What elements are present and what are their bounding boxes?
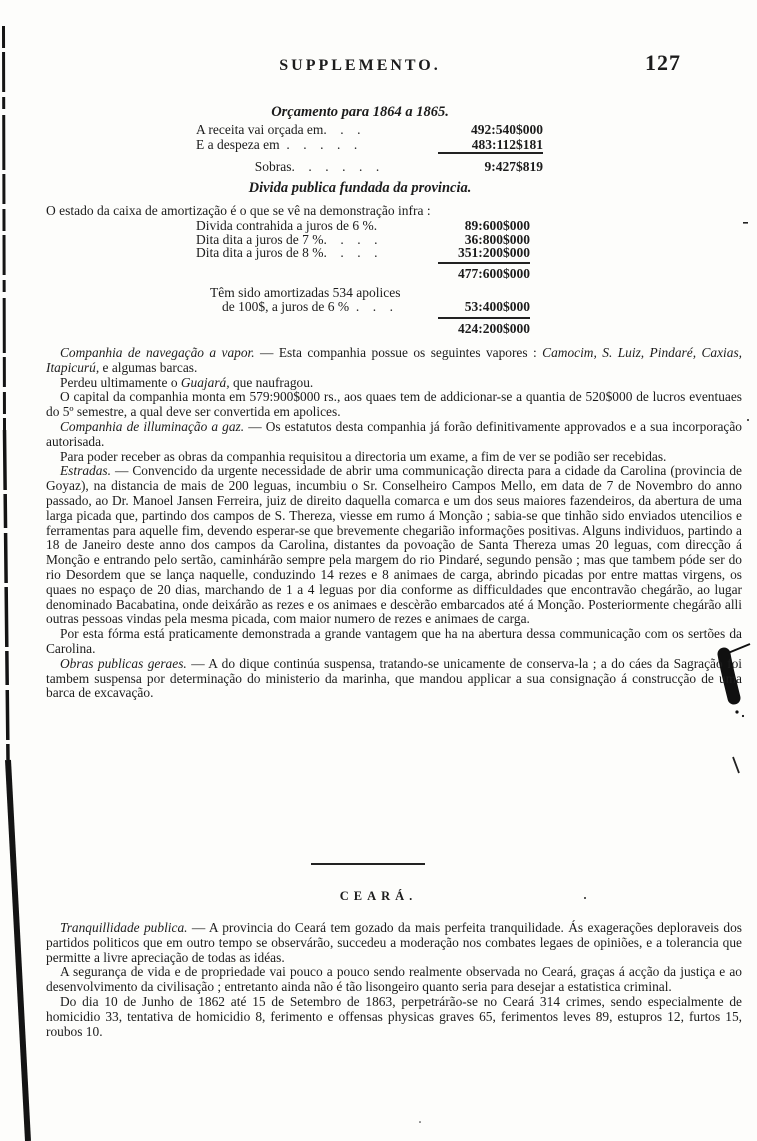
amortized-note: Têm sido amortizadas 534 apolices de 100… — [196, 286, 530, 313]
debt-intro-line: O estado da caixa de amortização é o que… — [46, 203, 431, 219]
debt-section-title: Divida publica fundada da provincia. — [150, 180, 570, 197]
paragraph: Perdeu ultimamente o Guajará, que naufra… — [46, 376, 742, 391]
ceara-section-header: CEARÁ. — [0, 889, 757, 904]
debt-value: 351:200$000 — [438, 246, 530, 260]
debt-total-value: 424:200$000 — [438, 317, 530, 336]
budget-label: Sobras. . . . . . — [196, 159, 438, 174]
maranhao-body: Companhia de navegação a vapor. — Esta c… — [46, 346, 742, 701]
debt-row: Divida contrahida a juros de 6 %. 89:600… — [196, 219, 530, 233]
amortized-value: 53:400$000 — [438, 300, 530, 314]
amortized-label: de 100$, a juros de 6 % . . . — [196, 300, 438, 314]
paragraph: Companhia de illuminação a gaz. — Os est… — [46, 420, 742, 450]
budget-row-receita: A receita vai orçada em. . . 492:540$000 — [196, 122, 543, 137]
binding-shadow-line — [4, 26, 29, 1141]
amortized-line2-row: de 100$, a juros de 6 % . . . 53:400$000 — [196, 300, 530, 314]
budget-row-sobras: Sobras. . . . . . 9:427$819 — [196, 159, 543, 174]
budget-value: 9:427$819 — [438, 159, 543, 174]
budget-value: 492:540$000 — [438, 122, 543, 137]
debt-table: Divida contrahida a juros de 6 %. 89:600… — [196, 219, 530, 335]
paragraph: Obras publicas geraes. — A do dique cont… — [46, 657, 742, 701]
debt-label: Dita dita a juros de 7 %. . . . — [196, 233, 438, 247]
debt-value: 36:800$000 — [438, 233, 530, 247]
budget-section-title: Orçamento para 1864 a 1865. — [150, 104, 570, 121]
section-divider — [311, 863, 425, 865]
running-header-title: SUPPLEMENTO. — [150, 57, 570, 75]
paragraph: Do dia 10 de Junho de 1862 até 15 de Set… — [46, 995, 742, 1039]
budget-value: 483:112$181 — [438, 137, 543, 154]
budget-label: A receita vai orçada em. . . — [196, 122, 438, 137]
budget-table: A receita vai orçada em. . . 492:540$000… — [196, 122, 543, 174]
debt-label: Divida contrahida a juros de 6 %. — [196, 219, 438, 233]
paragraph: Por esta fórma está praticamente demonst… — [46, 627, 742, 657]
document-page: SUPPLEMENTO. 127 Orçamento para 1864 a 1… — [0, 0, 757, 1141]
paragraph: O capital da companhia monta em 579:900$… — [46, 390, 742, 420]
debt-subtotal-value: 477:600$000 — [438, 262, 530, 281]
debt-value: 89:600$000 — [438, 219, 530, 233]
page-number: 127 — [645, 50, 681, 76]
debt-row: Dita dita a juros de 8 %. . . . 351:200$… — [196, 246, 530, 260]
debt-row: Dita dita a juros de 7 %. . . . 36:800$0… — [196, 233, 530, 247]
ceara-body: Tranquillidade publica. — A provincia do… — [46, 921, 742, 1039]
amortized-line1: Têm sido amortizadas 534 apolices — [196, 286, 530, 300]
budget-row-despeza: E a despeza em . . . . . 483:112$181 — [196, 137, 543, 154]
paragraph: Para poder receber as obras da companhia… — [46, 450, 742, 465]
debt-total-row: 424:200$000 — [196, 317, 530, 336]
paragraph: A segurança de vida e de propriedade vai… — [46, 965, 742, 995]
budget-label: E a despeza em . . . . . — [196, 137, 438, 154]
paragraph: Estradas. — Convencido da urgente necess… — [46, 464, 742, 627]
paragraph: Companhia de navegação a vapor. — Esta c… — [46, 346, 742, 376]
paragraph: Tranquillidade publica. — A provincia do… — [46, 921, 742, 965]
debt-subtotal-row: 477:600$000 — [196, 262, 530, 281]
debt-label: Dita dita a juros de 8 %. . . . — [196, 246, 438, 260]
